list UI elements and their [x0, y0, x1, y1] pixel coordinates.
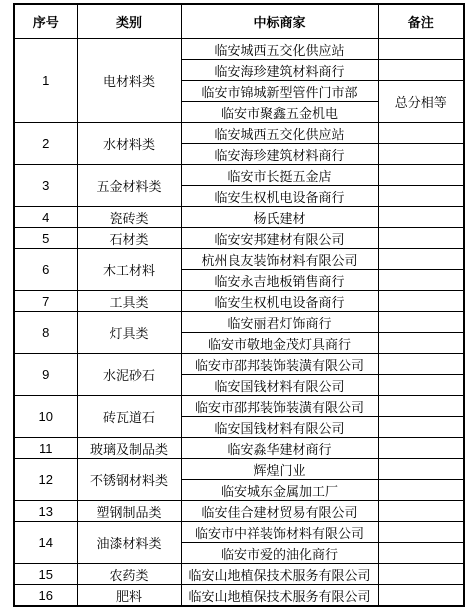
table-row: 13塑钢制品类临安佳合建材贸易有限公司 — [14, 501, 464, 522]
vendor-cell: 临安丽君灯饰商行 — [181, 312, 378, 333]
vendor-cell: 临安市聚鑫五金机电 — [181, 102, 378, 123]
category-cell: 五金材料类 — [77, 165, 181, 207]
category-cell: 水泥砂石 — [77, 354, 181, 396]
vendor-cell: 临安市长挺五金店 — [181, 165, 378, 186]
table-row: 10砖瓦道石临安市邵邦装饰装潢有限公司 — [14, 396, 464, 417]
serial-number-cell: 6 — [14, 249, 77, 291]
remark-cell — [378, 165, 464, 186]
serial-number-cell: 13 — [14, 501, 77, 522]
vendor-cell: 临安国钱材料有限公司 — [181, 375, 378, 396]
category-cell: 塑钢制品类 — [77, 501, 181, 522]
table-row: 7工具类临安生权机电设备商行 — [14, 291, 464, 312]
vendor-cell: 辉煌门业 — [181, 459, 378, 480]
remark-cell: 总分相等 — [378, 81, 464, 123]
vendor-cell: 临安永吉地板销售商行 — [181, 270, 378, 291]
vendor-cell: 临安国钱材料有限公司 — [181, 417, 378, 438]
serial-number-cell: 15 — [14, 564, 77, 585]
remark-cell — [378, 375, 464, 396]
category-cell: 瓷砖类 — [77, 207, 181, 228]
vendor-cell: 临安市邵邦装饰装潢有限公司 — [181, 354, 378, 375]
remark-cell — [378, 270, 464, 291]
remark-cell — [378, 501, 464, 522]
serial-number-cell: 4 — [14, 207, 77, 228]
vendor-cell: 临安城西五交化供应站 — [181, 39, 378, 60]
vendor-cell: 临安山地植保技术服务有限公司 — [181, 564, 378, 585]
remark-cell — [378, 459, 464, 480]
category-cell: 水材料类 — [77, 123, 181, 165]
vendor-cell: 临安市锦城新型管件门市部 — [181, 81, 378, 102]
serial-number-cell: 11 — [14, 438, 77, 459]
header-row: 序号 类别 中标商家 备注 — [14, 4, 464, 39]
vendor-cell: 临安海珍建筑材料商行 — [181, 60, 378, 81]
vendor-cell: 临安城西五交化供应站 — [181, 123, 378, 144]
category-cell: 农药类 — [77, 564, 181, 585]
serial-number-cell: 1 — [14, 39, 77, 123]
serial-number-cell: 8 — [14, 312, 77, 354]
table-row: 16肥料临安山地植保技术服务有限公司 — [14, 585, 464, 607]
table-row: 5石材类临安安邦建材有限公司 — [14, 228, 464, 249]
vendor-cell: 临安市爱的油化商行 — [181, 543, 378, 564]
remark-cell — [378, 312, 464, 333]
header-remark: 备注 — [378, 4, 464, 39]
remark-cell — [378, 354, 464, 375]
header-serial-number: 序号 — [14, 4, 77, 39]
remark-cell — [378, 123, 464, 144]
remark-cell — [378, 144, 464, 165]
vendor-cell: 杭州良友装饰材料有限公司 — [181, 249, 378, 270]
header-category: 类别 — [77, 4, 181, 39]
category-cell: 肥料 — [77, 585, 181, 607]
remark-cell — [378, 207, 464, 228]
table-row: 14油漆材料类临安市中祥装饰材料有限公司 — [14, 522, 464, 543]
remark-cell — [378, 480, 464, 501]
vendor-cell: 临安市邵邦装饰装潢有限公司 — [181, 396, 378, 417]
table-row: 4瓷砖类杨氏建材 — [14, 207, 464, 228]
vendor-cell: 临安安邦建材有限公司 — [181, 228, 378, 249]
remark-cell — [378, 417, 464, 438]
vendor-cell: 临安山地植保技术服务有限公司 — [181, 585, 378, 607]
serial-number-cell: 2 — [14, 123, 77, 165]
serial-number-cell: 12 — [14, 459, 77, 501]
table-row: 1电材料类临安城西五交化供应站 — [14, 39, 464, 60]
serial-number-cell: 7 — [14, 291, 77, 312]
vendor-cell: 临安市中祥装饰材料有限公司 — [181, 522, 378, 543]
remark-cell — [378, 543, 464, 564]
remark-cell — [378, 396, 464, 417]
table-row: 6木工材料杭州良友装饰材料有限公司 — [14, 249, 464, 270]
serial-number-cell: 16 — [14, 585, 77, 607]
vendor-cell: 临安淼华建材商行 — [181, 438, 378, 459]
vendor-cell: 临安佳合建材贸易有限公司 — [181, 501, 378, 522]
header-winning-vendor: 中标商家 — [181, 4, 378, 39]
vendor-cell: 临安生权机电设备商行 — [181, 186, 378, 207]
category-cell: 灯具类 — [77, 312, 181, 354]
serial-number-cell: 5 — [14, 228, 77, 249]
category-cell: 玻璃及制品类 — [77, 438, 181, 459]
serial-number-cell: 3 — [14, 165, 77, 207]
table-row: 8灯具类临安丽君灯饰商行 — [14, 312, 464, 333]
table-header: 序号 类别 中标商家 备注 — [14, 4, 464, 39]
remark-cell — [378, 564, 464, 585]
category-cell: 不锈钢材料类 — [77, 459, 181, 501]
vendor-cell: 杨氏建材 — [181, 207, 378, 228]
table-row: 12不锈钢材料类辉煌门业 — [14, 459, 464, 480]
remark-cell — [378, 186, 464, 207]
remark-cell — [378, 228, 464, 249]
serial-number-cell: 14 — [14, 522, 77, 564]
table-row: 2水材料类临安城西五交化供应站 — [14, 123, 464, 144]
table-body: 1电材料类临安城西五交化供应站临安海珍建筑材料商行临安市锦城新型管件门市部总分相… — [14, 39, 464, 607]
category-cell: 石材类 — [77, 228, 181, 249]
table-row: 15农药类临安山地植保技术服务有限公司 — [14, 564, 464, 585]
remark-cell — [378, 60, 464, 81]
remark-cell — [378, 333, 464, 354]
vendor-cell: 临安城东金属加工厂 — [181, 480, 378, 501]
category-cell: 电材料类 — [77, 39, 181, 123]
serial-number-cell: 10 — [14, 396, 77, 438]
remark-cell — [378, 585, 464, 607]
table-row: 11玻璃及制品类临安淼华建材商行 — [14, 438, 464, 459]
category-cell: 砖瓦道石 — [77, 396, 181, 438]
category-cell: 木工材料 — [77, 249, 181, 291]
table-row: 9水泥砂石临安市邵邦装饰装潢有限公司 — [14, 354, 464, 375]
category-cell: 工具类 — [77, 291, 181, 312]
serial-number-cell: 9 — [14, 354, 77, 396]
vendor-cell: 临安海珍建筑材料商行 — [181, 144, 378, 165]
vendor-cell: 临安生权机电设备商行 — [181, 291, 378, 312]
bid-results-table: 序号 类别 中标商家 备注 1电材料类临安城西五交化供应站临安海珍建筑材料商行临… — [13, 3, 465, 607]
remark-cell — [378, 291, 464, 312]
category-cell: 油漆材料类 — [77, 522, 181, 564]
remark-cell — [378, 249, 464, 270]
remark-cell — [378, 522, 464, 543]
remark-cell — [378, 39, 464, 60]
remark-cell — [378, 438, 464, 459]
table-row: 3五金材料类临安市长挺五金店 — [14, 165, 464, 186]
vendor-cell: 临安市敬地金茂灯具商行 — [181, 333, 378, 354]
